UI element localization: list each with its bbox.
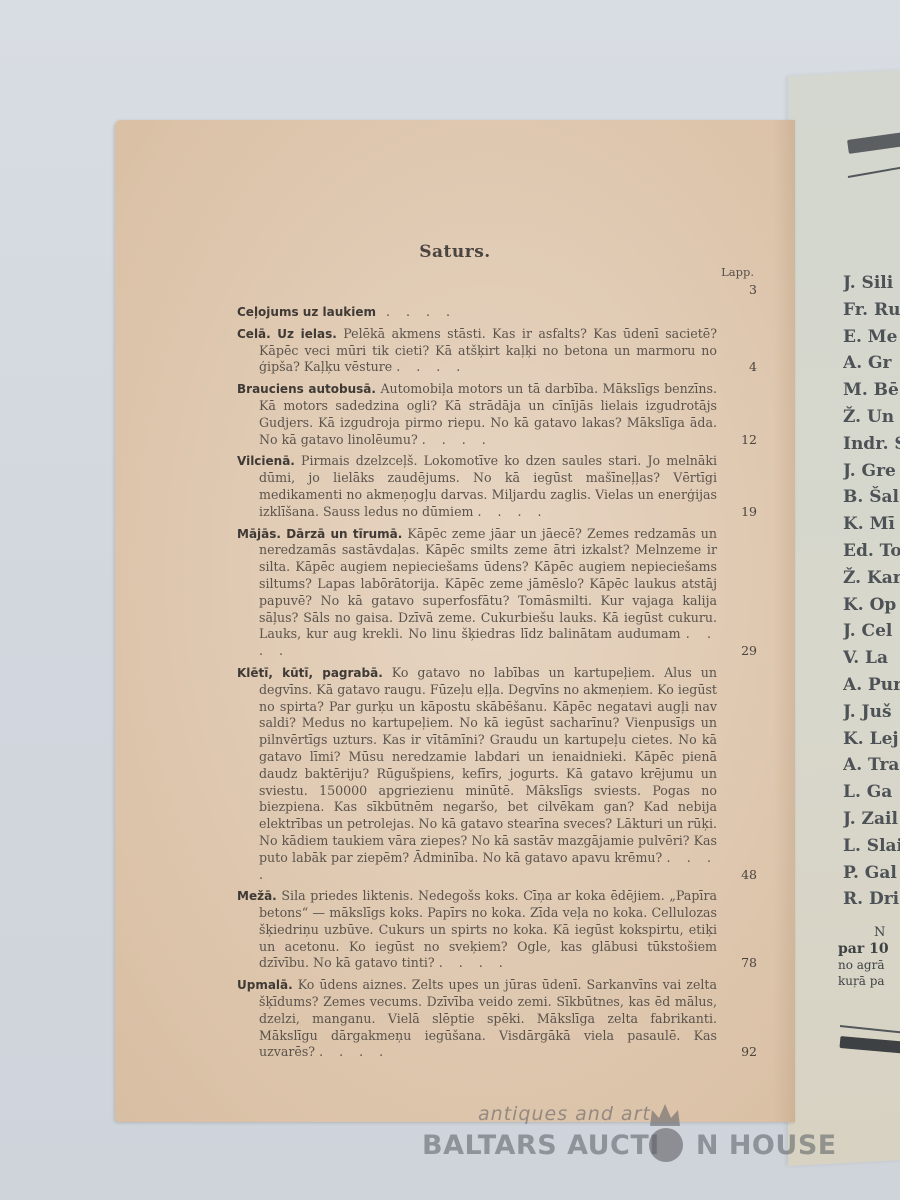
toc-page-number: 12: [727, 432, 757, 449]
author-name: L. Ga: [843, 779, 900, 806]
author-name: L. Slai: [843, 833, 900, 860]
toc-entry-heading: Brauciens autobusā.: [237, 382, 376, 396]
right-page-note: N par 10 no agrā kuŗā pa: [838, 925, 900, 989]
author-name: Fr. Ru: [843, 297, 900, 324]
toc-page-number: 29: [727, 643, 757, 660]
table-of-contents: Ceļojums uz laukiem . . . .3Celā. Uz iel…: [237, 290, 757, 1066]
page-column-label: Lapp.: [721, 265, 754, 279]
toc-entry: Klētī, kūtī, pagrabā. Ko gatavo no labīb…: [237, 665, 757, 883]
toc-entry-heading: Ceļojums uz laukiem: [237, 305, 376, 319]
toc-entry-heading: Upmalā.: [237, 978, 293, 992]
toc-page-number: 78: [727, 955, 757, 972]
contents-page: Saturs. Lapp. Ceļojums uz laukiem . . . …: [115, 120, 795, 1122]
dot-leader: . . . .: [376, 304, 456, 319]
toc-page-number: 3: [727, 282, 757, 299]
author-name: Ed. To: [843, 538, 900, 565]
author-name: Ž. Kar: [843, 565, 900, 592]
toc-entry-heading: Vilcienā.: [237, 454, 295, 468]
crown-icon: [648, 1102, 682, 1128]
toc-entry-heading: Mežā.: [237, 889, 277, 903]
author-name: B. Šal: [843, 484, 900, 511]
author-name: J. Zail: [843, 806, 900, 833]
author-name: A. Tra: [843, 752, 900, 779]
dot-leader: . . . .: [422, 432, 492, 447]
toc-entry: Upmalā. Ko ūdens aiznes. Zelts upes un j…: [237, 977, 757, 1061]
author-name: R. Dri: [843, 886, 900, 913]
author-name: K. Lej: [843, 726, 900, 753]
author-name: J. Juš: [843, 699, 900, 726]
toc-entry: Brauciens autobusā. Automobiļa motors un…: [237, 381, 757, 448]
toc-entry: Mežā. Sila priedes liktenis. Nedegošs ko…: [237, 888, 757, 972]
toc-entry-heading: Mājās. Dārzā un tīrumā.: [237, 527, 402, 541]
toc-entry-text: Ko gatavo no labības un kartupeļiem. Alu…: [259, 665, 717, 865]
toc-entry-text: Kāpēc zeme jāar un jāecē? Zemes redzamās…: [259, 526, 717, 642]
author-name: K. Mī: [843, 511, 900, 538]
author-name: J. Gre: [843, 458, 900, 485]
toc-page-number: 92: [727, 1044, 757, 1061]
toc-page-number: 48: [727, 867, 757, 884]
toc-page-number: 4: [727, 359, 757, 376]
dot-leader: . . . .: [396, 359, 466, 374]
watermark-subtitle: antiques and art: [478, 1103, 651, 1125]
author-name: J. Sili: [843, 270, 900, 297]
author-name: Indr. S: [843, 431, 900, 458]
toc-entry: Vilcienā. Pirmais dzelzceļš. Lokomotīve …: [237, 453, 757, 520]
author-list: J. SiliFr. RuE. MeA. GrM. BēŽ. UnIndr. S…: [843, 270, 900, 913]
dot-leader: . . . .: [477, 504, 547, 519]
toc-entry: Celā. Uz ielas. Pelēkā akmens stāsti. Ka…: [237, 326, 757, 376]
dot-leader: . . . .: [319, 1044, 389, 1059]
page-title: Saturs.: [115, 242, 795, 262]
toc-entry: Mājās. Dārzā un tīrumā. Kāpēc zeme jāar …: [237, 526, 757, 660]
author-name: M. Bē: [843, 377, 900, 404]
author-name: V. La: [843, 645, 900, 672]
toc-entry: Ceļojums uz laukiem . . . .3: [237, 304, 757, 321]
toc-page-number: 19: [727, 504, 757, 521]
toc-entry-heading: Klētī, kūtī, pagrabā.: [237, 666, 383, 680]
author-name: J. Cel: [843, 618, 900, 645]
author-name: A. Pur: [843, 672, 900, 699]
author-name: K. Op: [843, 592, 900, 619]
watermark-brand: BALTARS AUCTIN HOUSE: [422, 1130, 837, 1161]
author-name: P. Gal: [843, 860, 900, 887]
toc-entry-heading: Celā. Uz ielas.: [237, 327, 337, 341]
author-name: Ž. Un: [843, 404, 900, 431]
author-name: E. Me: [843, 324, 900, 351]
author-name: A. Gr: [843, 350, 900, 377]
dot-leader: . . . .: [439, 955, 509, 970]
